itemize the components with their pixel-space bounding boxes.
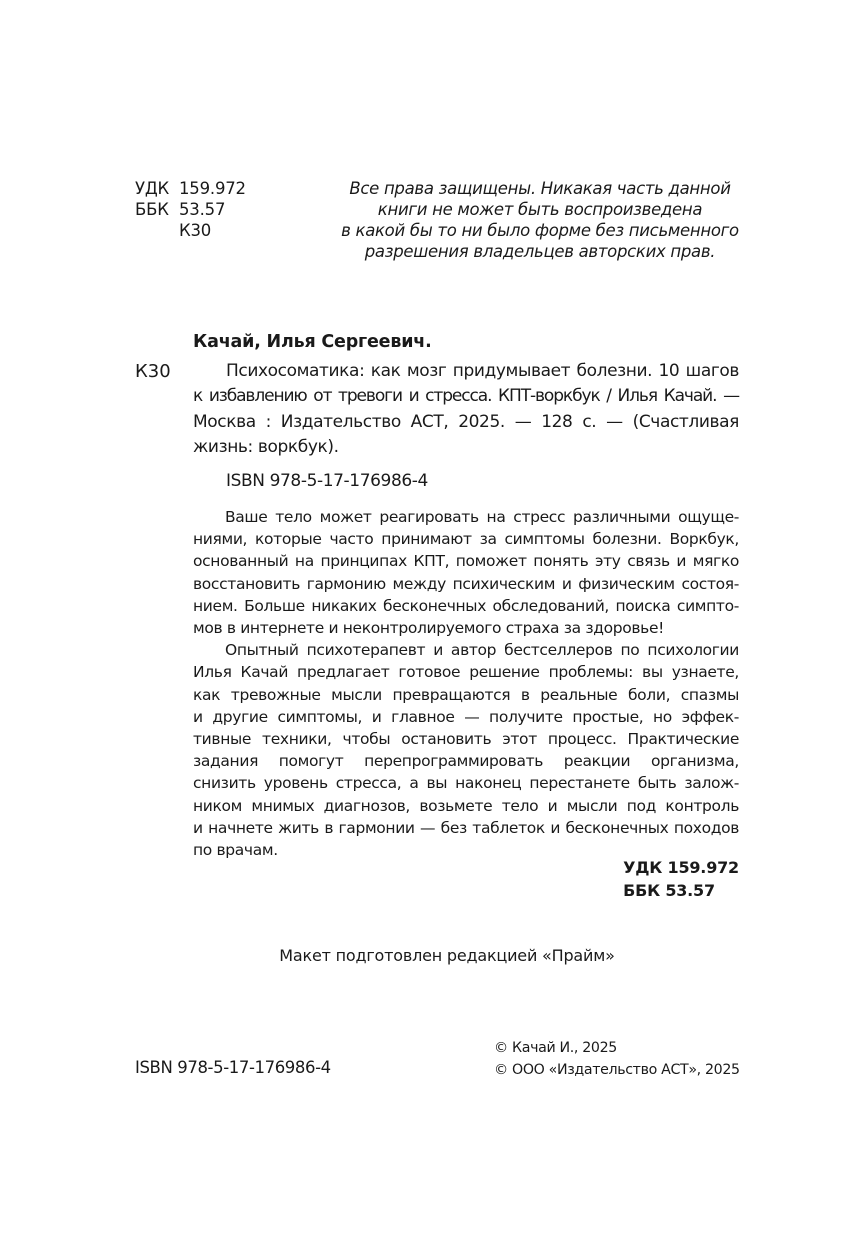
rights-notice: Все права защищены. Никакая часть данной… [335, 178, 745, 262]
bbk-value: 53.57 [179, 199, 225, 220]
bib-code: К30 [135, 360, 171, 384]
bbk-label: ББК [135, 199, 179, 220]
bibliographic-description: Психосоматика: как мозг придумывает боле… [193, 359, 739, 460]
rights-line: Все права защищены. Никакая часть данной [335, 178, 745, 199]
bbk-row: ББК 53.57 [135, 199, 246, 220]
annotation-line: нием. Больше никаких бесконечных обследо… [193, 595, 739, 617]
annotation-line: Ваше тело может реагировать на стресс ра… [193, 506, 739, 528]
layout-credit: Макет подготовлен редакцией «Прайм» [159, 946, 614, 965]
annotation-line: задания помогут перепрограммировать реак… [193, 750, 739, 772]
annotation-line: как тревожные мысли превращаются в реаль… [193, 684, 739, 706]
udk-row: УДК 159.972 [135, 178, 246, 199]
layout-credit-block: Макет подготовлен редакцией «Прайм» [0, 944, 774, 968]
copyright-author: © Качай И., 2025 [494, 1038, 740, 1060]
bib-line: к избавлению от тревоги и стресса. КПТ-в… [193, 384, 739, 409]
rights-line: в какой бы то ни было форме без письменн… [335, 220, 745, 241]
annotation-line: мов в интернете и неконтролируемого стра… [193, 617, 739, 639]
annotation-line: тивные техники, чтобы остановить этот пр… [193, 728, 739, 750]
bib-line: Москва : Издательство АСТ, 2025. — 128 с… [193, 410, 739, 435]
annotation-line: снизить уровень стресса, а вы наконец пе… [193, 772, 739, 794]
annotation-line: ником мнимых диагнозов, возьмете тело и … [193, 795, 739, 817]
copyright-publisher: © ООО «Издательство АСТ», 2025 [494, 1060, 740, 1082]
copyright-block: © Качай И., 2025 © ООО «Издательство АСТ… [494, 1038, 740, 1081]
bib-line: Психосоматика: как мозг придумывает боле… [193, 359, 739, 384]
annotation-line: основанный на принципах КПТ, поможет пон… [193, 550, 739, 572]
rights-line: книги не может быть воспроизведена [335, 199, 745, 220]
udk-label: УДК [135, 178, 179, 199]
annotation-line: восстановить гармонию между психическим … [193, 573, 739, 595]
isbn-bottom: ISBN 978-5-17-176986-4 [135, 1056, 331, 1080]
author-mark: К30 [179, 220, 211, 241]
bottom-classification: УДК 159.972 ББК 53.57 [623, 856, 739, 902]
annotation-line: и другие симптомы, и главное — получите … [193, 706, 739, 728]
annotation-line: и начнете жить в гармонии — без таблеток… [193, 817, 739, 839]
annotation: Ваше тело может реагировать на стресс ра… [193, 506, 739, 861]
udk-value: 159.972 [179, 178, 246, 199]
annotation-line: ниями, которые часто принимают за симпто… [193, 528, 739, 550]
classification-block: УДК 159.972 ББК 53.57 К30 [135, 178, 246, 241]
bib-line: жизнь: воркбук). [193, 435, 739, 460]
rights-line: разрешения владельцев авторских прав. [335, 241, 745, 262]
isbn-record: ISBN 978-5-17-176986-4 [226, 469, 428, 493]
author-mark-row: К30 [135, 220, 246, 241]
bottom-bbk: ББК 53.57 [623, 879, 739, 902]
annotation-line: Илья Качай предлагает готовое решение пр… [193, 661, 739, 683]
author-heading: Качай, Илья Сергеевич. [193, 330, 432, 354]
annotation-line: Опытный психотерапевт и автор бестселлер… [193, 639, 739, 661]
bottom-udk: УДК 159.972 [623, 856, 739, 879]
